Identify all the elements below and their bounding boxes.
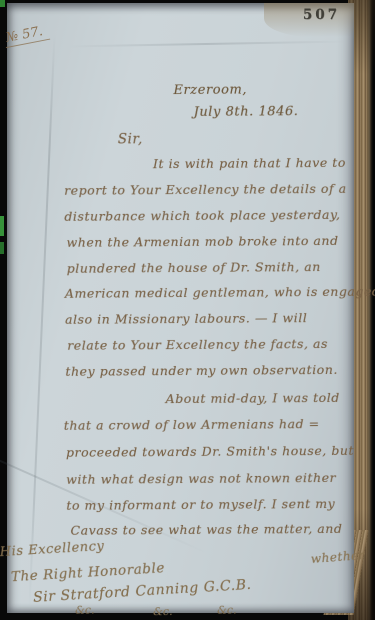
etcetera-mark: &c.: [153, 605, 173, 618]
body-line: also in Missionary labours. — I will: [65, 310, 307, 327]
body-line: American medical gentleman, who is engag…: [65, 284, 375, 301]
body-line: report to Your Excellency the details of…: [64, 181, 347, 198]
body-line: It is with pain that I have to: [153, 155, 346, 171]
salutation: Sir,: [118, 131, 143, 147]
etcetera-mark: &c.: [75, 604, 95, 617]
scanner-artifact: [0, 0, 5, 7]
dateline-date: July 8th. 1846.: [194, 104, 299, 120]
body-line: About mid-day, I was told: [166, 390, 340, 406]
address-line: The Right Honorable: [11, 560, 166, 585]
body-line: proceeded towards Dr. Smith's house, but: [66, 443, 354, 460]
body-line: that a crowd of low Armenians had =: [64, 416, 320, 433]
address-line: His Excellency: [0, 539, 105, 560]
body-line: they passed under my own observation.: [65, 362, 338, 379]
letter-text: Erzeroom, July 8th. 1846. Sir, It is wit…: [5, 2, 356, 614]
body-line: Cavass to see what was the matter, and: [70, 521, 342, 538]
etcetera-mark: &c.: [217, 604, 237, 617]
body-line: with what design was not known either: [66, 470, 336, 487]
body-line: when the Armenian mob broke into and: [66, 233, 338, 250]
manuscript-page: 507 № 57. Erzeroom, July 8th. 1846. Sir,…: [7, 3, 354, 613]
scanner-artifact: [0, 216, 4, 236]
dateline-place: Erzeroom,: [173, 83, 247, 99]
body-line: to my informant or to myself. I sent my: [66, 496, 335, 513]
body-line: plundered the house of Dr. Smith, an: [67, 259, 321, 276]
scanner-artifact: [0, 242, 4, 254]
scan-background: 507 № 57. Erzeroom, July 8th. 1846. Sir,…: [0, 0, 375, 620]
body-line: disturbance which took place yesterday,: [64, 207, 340, 224]
body-line: relate to Your Excellency the facts, as: [67, 336, 328, 353]
